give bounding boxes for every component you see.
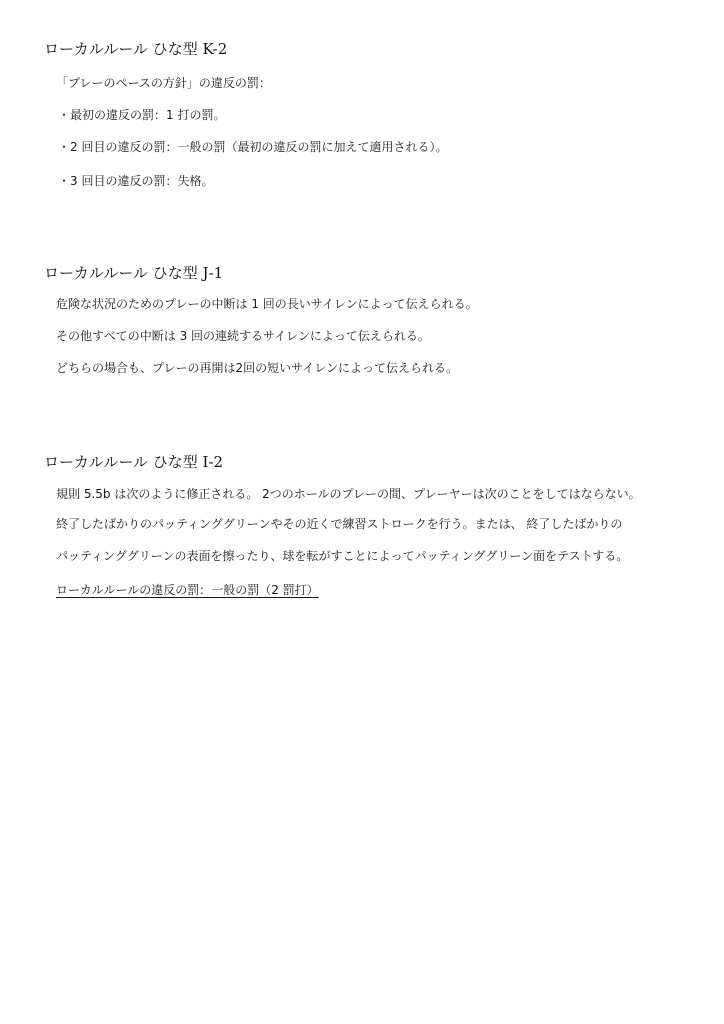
- section-heading: ローカルルール ひな型 J-1: [44, 264, 223, 282]
- text-line: 終了したばかりのパッティンググリーンやその近くで練習ストロークを行う。または、 …: [56, 516, 622, 532]
- penalty-statement: ローカルルールの違反の罰：一般の罰（2 罰打）: [56, 582, 319, 598]
- penalty-first-breach: ・最初の違反の罰：1 打の罰。: [58, 107, 225, 123]
- section-heading: ローカルルール ひな型 I-2: [44, 453, 223, 471]
- penalty-third-breach: ・3 回目の違反の罰：失格。: [58, 173, 213, 189]
- text-line: その他すべての中断は 3 回の連続するサイレンによって伝えられる。: [56, 328, 430, 344]
- text-line: 規則 5.5b は次のように修正される。 2つのホールのプレーの間、プレーヤーは…: [56, 486, 641, 502]
- text-line: 危険な状況のためのプレーの中断は 1 回の長いサイレンによって伝えられる。: [56, 296, 478, 312]
- section-heading: ローカルルール ひな型 K-2: [44, 40, 227, 58]
- penalty-second-breach: ・2 回目の違反の罰：一般の罰（最初の違反の罰に加えて適用される）。: [58, 139, 447, 155]
- text-line: パッティンググリーンの表面を擦ったり、球を転がすことによってパッティンググリーン…: [56, 548, 628, 564]
- text-line: どちらの場合も、プレーの再開は2回の短いサイレンによって伝えられる。: [56, 360, 458, 376]
- penalty-intro: 「プレーのペースの方針」の違反の罰：: [56, 75, 271, 91]
- document-page: ローカルルール ひな型 K-2 「プレーのペースの方針」の違反の罰： ・最初の違…: [0, 0, 724, 1024]
